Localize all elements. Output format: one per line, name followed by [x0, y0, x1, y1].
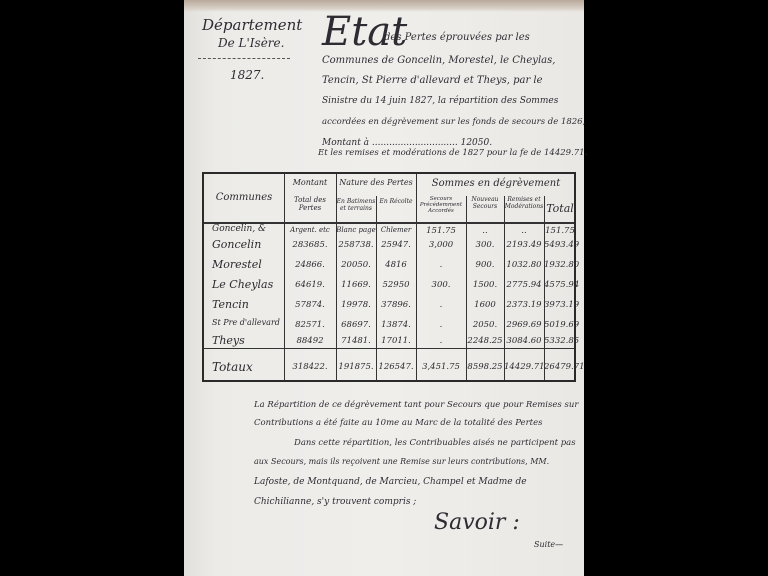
intro-line: Communes de Goncelin, Morestel, le Cheyl… — [322, 55, 555, 66]
header-nouveau: Nouveau Secours — [466, 196, 504, 210]
intro-line: Tencin, St Pierre d'allevard et Theys, p… — [322, 75, 543, 86]
header-montant: Montant — [284, 178, 336, 187]
year-label: 1827. — [230, 68, 264, 82]
intro-line: Montant à ..............................… — [322, 138, 492, 148]
losses-table: Communes Montant Total des Pertes Nature… — [202, 172, 576, 382]
header-total: Total — [544, 202, 576, 215]
header-nature: Nature des Pertes — [336, 178, 416, 187]
header-total-pertes: Total des Pertes — [284, 196, 336, 212]
footer-line: Lafoste, de Montquand, de Marcieu, Champ… — [254, 477, 527, 487]
department-name: De L'Isère. — [218, 36, 284, 50]
intro-line: Et les remises et modérations de 1827 po… — [318, 148, 587, 158]
header-sommes: Sommes en dégrèvement — [416, 178, 576, 189]
document-page: Département De L'Isère. 1827. Etat des P… — [184, 0, 584, 576]
footer-line: Dans cette répartition, les Contribuable… — [294, 438, 576, 448]
divider — [198, 58, 290, 59]
intro-line: Sinistre du 14 juin 1827, la répartition… — [322, 96, 558, 106]
header-communes: Communes — [204, 192, 284, 203]
footer-line: Contributions a été faite au 10me au Mar… — [254, 418, 542, 428]
header-batiments: En Batimens et terrains — [336, 198, 376, 212]
intro-line: des Pertes éprouvées par les — [384, 32, 530, 43]
footer-line: La Répartition de ce dégrèvement tant po… — [254, 400, 578, 410]
header-remises: Remises et Modérations — [504, 196, 544, 210]
footer-line: aux Secours, mais ils reçoivent une Remi… — [254, 457, 549, 466]
signature: Savoir : — [434, 510, 520, 535]
intro-line: accordées en dégrèvement sur les fonds d… — [322, 117, 585, 127]
header-recolte: En Récolte — [376, 198, 416, 205]
header-secours: Secours Précédemment Accordés — [416, 196, 466, 214]
department-label: Département — [202, 16, 302, 34]
continuation-note: Suite— — [534, 540, 563, 549]
footer-line: Chichilianne, s'y trouvent compris ; — [254, 497, 416, 507]
